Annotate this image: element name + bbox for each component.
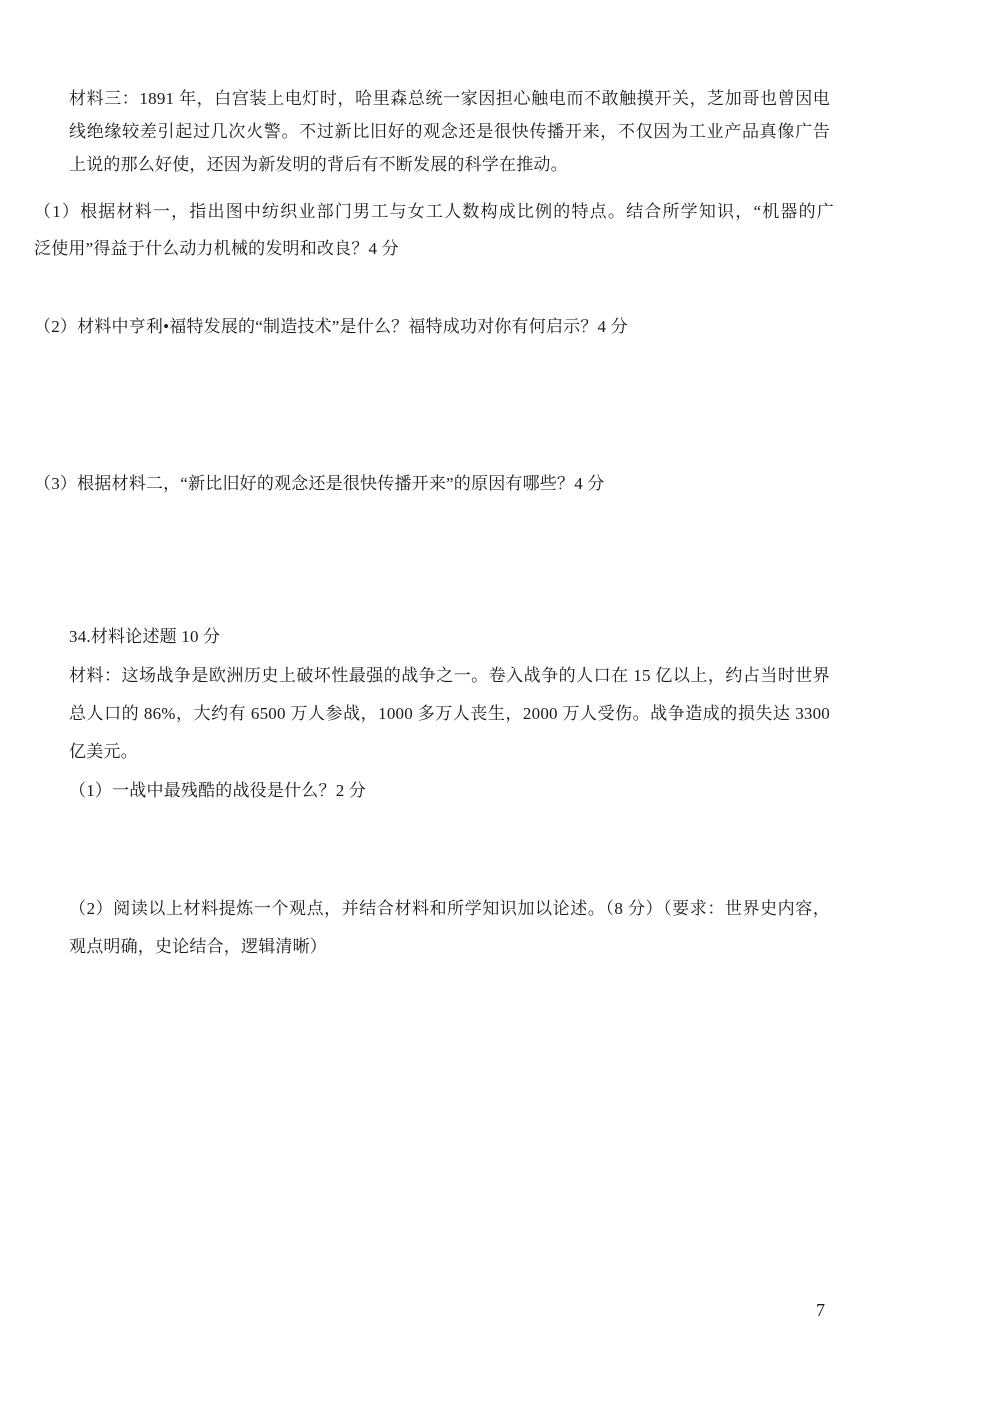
q33-material3-line-2: 线绝缘较差引起过几次火警。不过新比旧好的观念还是很快传播开来，不仅因为工业产品真… — [69, 121, 830, 142]
q34-material-line-3: 亿美元。 — [69, 741, 138, 762]
q34-sub1-line: （1）一战中最残酷的战役是什么？2 分 — [69, 780, 366, 801]
q34-heading: 34.材料论述题 10 分 — [69, 626, 220, 647]
q33-sub3-line: （3）根据材料二，“新比旧好的观念还是很快传播开来”的原因有哪些？4 分 — [34, 473, 605, 494]
q33-sub2-line: （2）材料中亨利•福特发展的“制造技术”是什么？福特成功对你有何启示？4 分 — [34, 316, 628, 337]
q34-material-line-1: 材料：这场战争是欧洲历史上破坏性最强的战争之一。卷入战争的人口在 15 亿以上，… — [69, 665, 830, 686]
page-number: 7 — [816, 1300, 825, 1320]
q33-sub1-line-1: （1）根据材料一，指出图中纺织业部门男工与女工人数构成比例的特点。结合所学知识，… — [34, 201, 834, 222]
q33-material3-line-1: 材料三：1891 年，白宫装上电灯时，哈里森总统一家因担心触电而不敢触摸开关，芝… — [69, 88, 830, 109]
q34-sub2-line-1: （2）阅读以上材料提炼一个观点，并结合材料和所学知识加以论述。（8 分）（要求：… — [69, 898, 830, 919]
q34-material-line-2: 总人口的 86%，大约有 6500 万人参战，1000 多万人丧生，2000 万… — [69, 703, 830, 724]
q34-sub2-line-2: 观点明确，史论结合，逻辑清晰） — [69, 936, 327, 957]
q33-sub1-line-2: 泛使用”得益于什么动力机械的发明和改良？4 分 — [34, 238, 399, 259]
document-page: 材料三：1891 年，白宫装上电灯时，哈里森总统一家因担心触电而不敢触摸开关，芝… — [0, 0, 992, 1403]
q33-material3-line-3: 上说的那么好使，还因为新发明的背后有不断发展的科学在推动。 — [69, 154, 568, 175]
